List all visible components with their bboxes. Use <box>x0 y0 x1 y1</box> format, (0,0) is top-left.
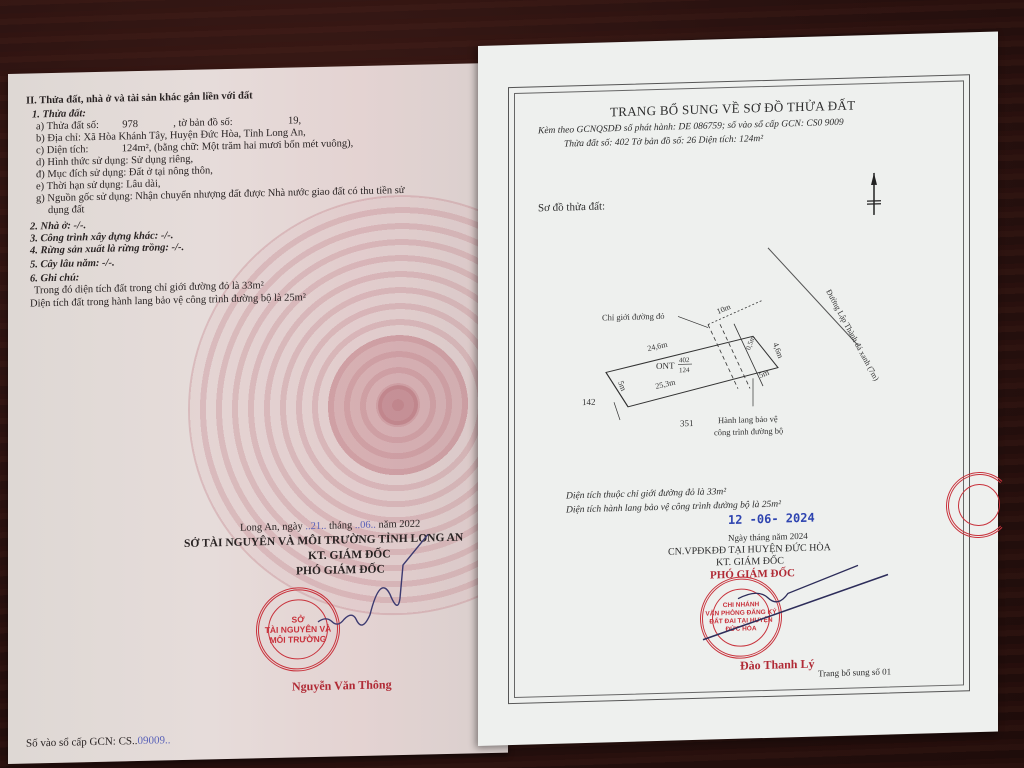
forest-item: 4. Rừng sản xuất là rừng trồng: -/-. <box>30 242 184 257</box>
corridor-label-1: Hành lang bảo vệ <box>718 414 778 426</box>
perennial-item: 5. Cây lâu năm: -/-. <box>30 258 115 272</box>
map-sheet-number: 19, <box>288 115 301 126</box>
corridor-label-2: công trình đường bộ <box>714 425 783 437</box>
map-sheet-label: , tờ bản đồ số: <box>173 117 233 129</box>
land-type: ONT <box>656 360 675 371</box>
dim-bottom: 25,3m <box>655 377 677 391</box>
signer-name-right: Đào Thanh Lý <box>740 657 814 674</box>
signer-name-left: Nguyễn Văn Thông <box>292 677 392 694</box>
dim-small: 0,5m <box>744 335 757 352</box>
usage-origin-cont: dụng đất <box>48 204 84 217</box>
signature-left <box>308 534 448 647</box>
neighbor-left: 142 <box>582 397 595 407</box>
date-prefix: Long An, ngày <box>240 521 303 533</box>
diagram-area: 124 <box>679 366 690 374</box>
book-number-label: Số vào sổ cấp GCN: CS.. <box>26 735 138 750</box>
supplement-page: TRANG BỔ SUNG VỀ SƠ ĐỒ THỬA ĐẤT Kèm theo… <box>478 31 998 746</box>
diagram-parcel-no: 402 <box>679 356 690 364</box>
date-month: ..06.. <box>355 520 376 531</box>
certificate-left-page: II. Thửa đất, nhà ở và tài sản khác gắn … <box>8 63 508 764</box>
dim-right: 4,6m <box>771 341 785 360</box>
date-day: ..21.. <box>305 521 326 532</box>
dim-top: 24,6m <box>647 340 669 354</box>
neighbor-bottom: 351 <box>680 418 693 428</box>
dim-setback: 5m <box>758 368 771 380</box>
parcel-number: 978 <box>122 119 138 130</box>
diagram-label: Sơ đồ thửa đất: <box>538 200 605 214</box>
red-line-label: Chỉ giới đường đỏ <box>602 311 664 323</box>
north-arrow-icon <box>864 171 884 218</box>
parcel-label: a) Thửa đất số: <box>36 120 99 132</box>
parcel-diagram: Đường Lập Thành đá xanh (7m) Chỉ giới đư… <box>558 234 898 443</box>
section-title: II. Thửa đất, nhà ở và tài sản khác gắn … <box>26 90 253 107</box>
book-number-value: 09009.. <box>138 734 171 747</box>
date-year: năm 2022 <box>379 519 421 531</box>
certificate-book-number: Số vào sổ cấp GCN: CS..09009.. <box>26 734 171 749</box>
supplement-page-number: Trang bổ sung số 01 <box>818 666 891 678</box>
road-label: Đường Lập Thành đá xanh (7m) <box>824 288 881 383</box>
date-stamp: 12 -06- 2024 <box>728 511 815 527</box>
month-label: tháng <box>329 520 352 532</box>
dim-road-width: 10m <box>715 302 732 316</box>
signature-right <box>698 534 898 650</box>
area-label: c) Diện tích: <box>36 144 88 156</box>
